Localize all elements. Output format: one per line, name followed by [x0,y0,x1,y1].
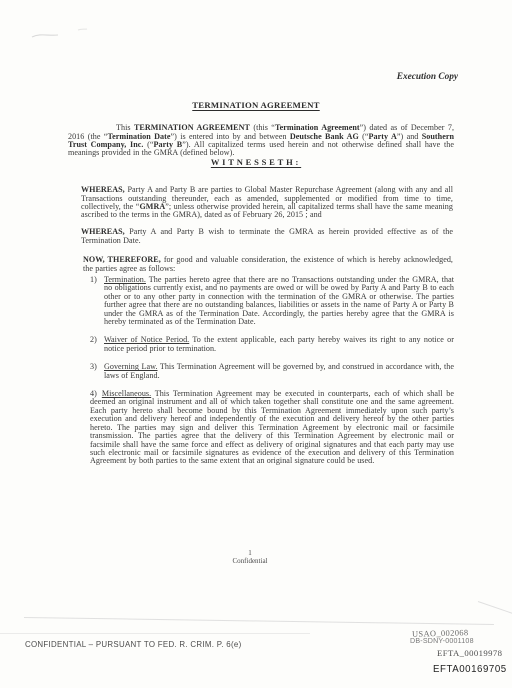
bates-stamp-efta-2: EFTA00169705 [433,664,507,675]
grand-jury-confidential-legend: CONFIDENTIAL – PURSUANT TO FED. R. CRIM.… [25,640,242,649]
bates-stamp-db-sdny: DB-SDNY-0001108 [410,637,474,645]
bates-stamp-efta-1: EFTA_00019978 [437,648,502,658]
stamp-overlay: CONFIDENTIAL – PURSUANT TO FED. R. CRIM.… [0,0,512,688]
scanned-document-page: Execution Copy TERMINATION AGREEMENT Thi… [0,0,512,688]
